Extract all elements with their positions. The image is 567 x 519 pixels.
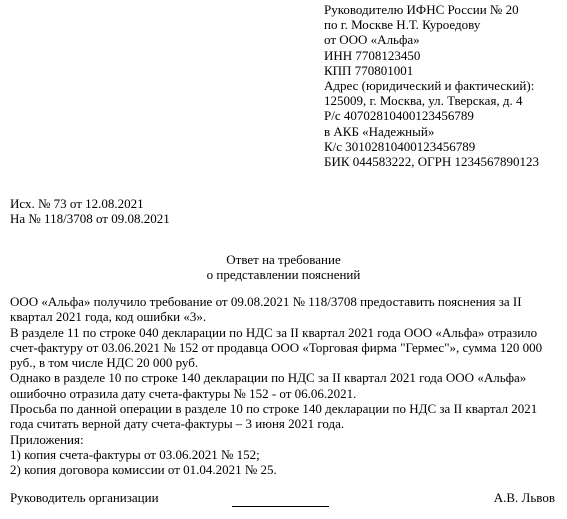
document-title: Ответ на требование о представлении пояс… [0, 252, 567, 282]
body-line: счет-фактуру от 03.06.2021 № 152 от прод… [10, 340, 562, 355]
signatory-role: Руководитель организации [10, 490, 159, 505]
signature-line [232, 506, 329, 507]
corr-account-line: К/с 30102810400123456789 [324, 139, 539, 154]
body-line: года считать верной дату счета-фактуры –… [10, 416, 562, 431]
bik-ogrn-line: БИК 044583222, ОГРН 1234567890123 [324, 154, 539, 169]
title-line-1: Ответ на требование [0, 252, 567, 267]
body-line: квартал 2021 года, код ошибки «3». [10, 309, 562, 324]
body-line: руб., в том числе НДС 20 000 руб. [10, 355, 562, 370]
body-line: ООО «Альфа» получило требование от 09.08… [10, 294, 562, 309]
body-line: В разделе 11 по строке 040 декларации по… [10, 325, 562, 340]
address-line: 125009, г. Москва, ул. Тверская, д. 4 [324, 93, 539, 108]
attachment-item: 2) копия договора комиссии от 01.04.2021… [10, 462, 562, 477]
sender-line: от ООО «Альфа» [324, 32, 539, 47]
outgoing-number: Исх. № 73 от 12.08.2021 [10, 196, 170, 211]
signatory-name: А.В. Львов [494, 490, 555, 505]
address-label: Адрес (юридический и фактический): [324, 78, 539, 93]
recipient-line: по г. Москве Н.Т. Куроедову [324, 17, 539, 32]
body-line: Однако в разделе 10 по строке 140 деклар… [10, 370, 562, 385]
kpp-line: КПП 770801001 [324, 63, 539, 78]
attachments-heading: Приложения: [10, 432, 562, 447]
document-body: ООО «Альфа» получило требование от 09.08… [10, 294, 562, 478]
incoming-number: На № 118/3708 от 09.08.2021 [10, 211, 170, 226]
recipient-block: Руководителю ИФНС России № 20 по г. Моск… [324, 2, 539, 169]
reference-numbers: Исх. № 73 от 12.08.2021 На № 118/3708 от… [10, 196, 170, 226]
inn-line: ИНН 7708123450 [324, 48, 539, 63]
recipient-line: Руководителю ИФНС России № 20 [324, 2, 539, 17]
body-line: ошибочно отразила дату счета-фактуры № 1… [10, 386, 562, 401]
account-line: Р/с 40702810400123456789 [324, 108, 539, 123]
bank-line: в АКБ «Надежный» [324, 124, 539, 139]
attachment-item: 1) копия счета-фактуры от 03.06.2021 № 1… [10, 447, 562, 462]
title-line-2: о представлении пояснений [0, 267, 567, 282]
body-line: Просьба по данной операции в разделе 10 … [10, 401, 562, 416]
